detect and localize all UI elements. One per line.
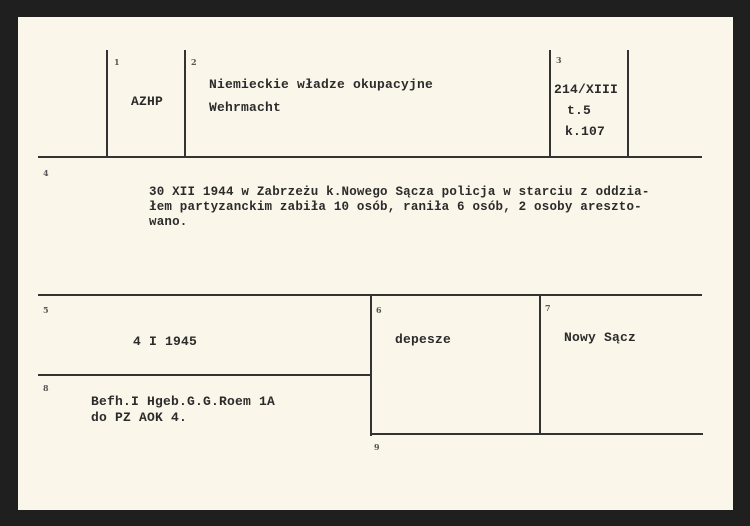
rule-bottom-section-bottom — [370, 433, 703, 435]
archive-code: AZHP — [131, 94, 163, 110]
rule-field5-field8 — [38, 374, 372, 376]
divider-field1-left — [106, 50, 108, 158]
description-line-3: wano. — [149, 215, 188, 230]
archive-index-card: 1 2 3 4 5 6 7 8 9 AZHP Niemieckie władze… — [18, 17, 733, 510]
source-type: depesze — [395, 332, 451, 348]
origin-line-2: do PZ AOK 4. — [91, 410, 187, 426]
divider-field1-field2 — [184, 50, 186, 158]
field-number-1: 1 — [114, 57, 120, 67]
subject-line-2: Wehrmacht — [209, 100, 281, 116]
subject-line-1: Niemieckie władze okupacyjne — [209, 77, 433, 93]
field-number-5: 5 — [43, 305, 49, 315]
description-line-1: 30 XII 1944 w Zabrzeżu k.Nowego Sącza po… — [149, 185, 650, 200]
rule-top-section — [38, 156, 702, 158]
report-date: 4 I 1945 — [133, 334, 197, 350]
divider-field5-field6 — [370, 294, 372, 436]
field-number-7: 7 — [545, 303, 551, 313]
signature-line-2: t.5 — [567, 103, 591, 119]
field-number-2: 2 — [191, 57, 197, 67]
location: Nowy Sącz — [564, 330, 636, 346]
divider-field6-field7 — [539, 294, 541, 434]
field-number-6: 6 — [376, 305, 382, 315]
description-line-2: łem partyzanckim zabiła 10 osób, raniła … — [149, 200, 642, 215]
signature-line-3: k.107 — [565, 124, 605, 140]
divider-field3-right — [627, 50, 629, 158]
field-number-4: 4 — [43, 168, 49, 178]
signature-line-1: 214/XIII — [554, 82, 618, 98]
field-number-8: 8 — [43, 383, 49, 393]
divider-field2-field3 — [549, 50, 551, 158]
origin-line-1: Befh.I Hgeb.G.G.Roem 1A — [91, 394, 275, 410]
field-number-3: 3 — [556, 55, 562, 65]
field-number-9: 9 — [374, 442, 380, 452]
